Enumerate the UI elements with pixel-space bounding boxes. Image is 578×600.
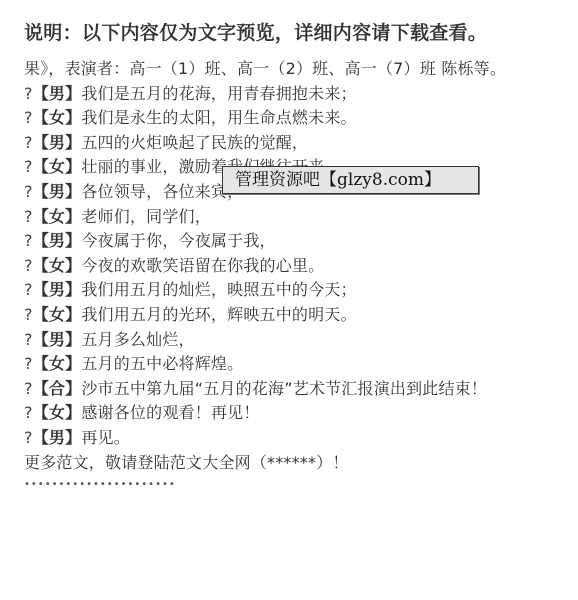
dialogue-line: ?【合】沙市五中第九届“五月的花海”艺术节汇报演出到此结束！ — [24, 377, 554, 402]
bullet-marker: ? — [24, 428, 33, 447]
dialogue-line: ?【男】五月多么灿烂， — [24, 328, 554, 353]
dialogue-line: ?【男】再见。 — [24, 426, 554, 451]
speaker-label: 【合】 — [33, 379, 82, 398]
speaker-label: 【女】 — [33, 305, 82, 324]
dialogue-text: 我们是永生的太阳，用生命点燃未来。 — [81, 108, 356, 127]
dialogue-line: ?【女】五月的五中必将辉煌。 — [24, 352, 554, 377]
bullet-marker: ? — [24, 133, 33, 152]
dialogue-line: ?【男】今夜属于你，今夜属于我， — [24, 229, 554, 254]
bullet-marker: ? — [24, 157, 33, 176]
dialogue-line: ?【男】五四的火炬唤起了民族的觉醒， — [24, 131, 554, 156]
speaker-label: 【男】 — [33, 133, 82, 152]
speaker-label: 【女】 — [33, 403, 82, 422]
dialogue-text: 再见。 — [81, 428, 130, 447]
speaker-label: 【男】 — [33, 84, 82, 103]
speaker-label: 【男】 — [33, 280, 82, 299]
footer-line: 更多范文，敬请登陆范文大全网（******）！ — [24, 451, 554, 476]
bullet-marker: ? — [24, 379, 33, 398]
bullet-marker: ? — [24, 108, 33, 127]
dotted-separator: •••••••••••••••••••••• — [24, 477, 554, 493]
bullet-marker: ? — [24, 207, 33, 226]
speaker-label: 【女】 — [33, 354, 82, 373]
bullet-marker: ? — [24, 330, 33, 349]
speaker-label: 【男】 — [33, 330, 82, 349]
speaker-label: 【女】 — [33, 157, 82, 176]
bullet-marker: ? — [24, 305, 33, 324]
bullet-marker: ? — [24, 182, 33, 201]
watermark-banner: 管理资源吧【glzy8.com】 — [222, 166, 479, 194]
speaker-label: 【男】 — [33, 231, 82, 250]
dialogue-line: ?【女】老师们，同学们， — [24, 205, 554, 230]
speaker-label: 【女】 — [33, 108, 82, 127]
dialogue-text: 我们是五月的花海，用青春拥抱未来； — [81, 84, 356, 103]
dialogue-text: 今夜属于你，今夜属于我， — [81, 231, 275, 250]
dialogue-text: 我们用五月的光环，辉映五中的明天。 — [81, 305, 356, 324]
dialogue-text: 感谢各位的观看！再见！ — [81, 403, 259, 422]
dialogue-text: 老师们，同学们， — [81, 207, 211, 226]
intro-line: 果》，表演者：高一（1）班、高一（2）班、高一（7）班 陈栎等。 — [24, 57, 554, 82]
bullet-marker: ? — [24, 256, 33, 275]
dialogue-line: ?【女】今夜的欢歌笑语留在你我的心里。 — [24, 254, 554, 279]
dialogue-line: ?【女】我们是永生的太阳，用生命点燃未来。 — [24, 106, 554, 131]
bullet-marker: ? — [24, 231, 33, 250]
dialogue-text: 今夜的欢歌笑语留在你我的心里。 — [81, 256, 324, 275]
dialogue-text: 沙市五中第九届“五月的花海”艺术节汇报演出到此结束！ — [81, 379, 487, 398]
bullet-marker: ? — [24, 280, 33, 299]
dialogue-line: ?【男】我们是五月的花海，用青春拥抱未来； — [24, 82, 554, 107]
preview-notice: 说明：以下内容仅为文字预览，详细内容请下载查看。 — [24, 18, 487, 45]
bullet-marker: ? — [24, 354, 33, 373]
bullet-marker: ? — [24, 403, 33, 422]
speaker-label: 【女】 — [33, 256, 82, 275]
dialogue-text: 五月的五中必将辉煌。 — [81, 354, 243, 373]
speaker-label: 【男】 — [33, 428, 82, 447]
speaker-label: 【女】 — [33, 207, 82, 226]
bullet-marker: ? — [24, 84, 33, 103]
dialogue-text: 各位领导，各位来宾， — [81, 182, 243, 201]
speaker-label: 【男】 — [33, 182, 82, 201]
dialogue-text: 我们用五月的灿烂，映照五中的今天； — [81, 280, 356, 299]
document-content: 果》，表演者：高一（1）班、高一（2）班、高一（7）班 陈栎等。 ?【男】我们是… — [24, 57, 554, 493]
dialogue-line: ?【女】感谢各位的观看！再见！ — [24, 401, 554, 426]
dialogue-line: ?【女】我们用五月的光环，辉映五中的明天。 — [24, 303, 554, 328]
dialogue-text: 五四的火炬唤起了民族的觉醒， — [81, 133, 308, 152]
dialogue-text: 五月多么灿烂， — [81, 330, 194, 349]
dialogue-line: ?【男】我们用五月的灿烂，映照五中的今天； — [24, 278, 554, 303]
